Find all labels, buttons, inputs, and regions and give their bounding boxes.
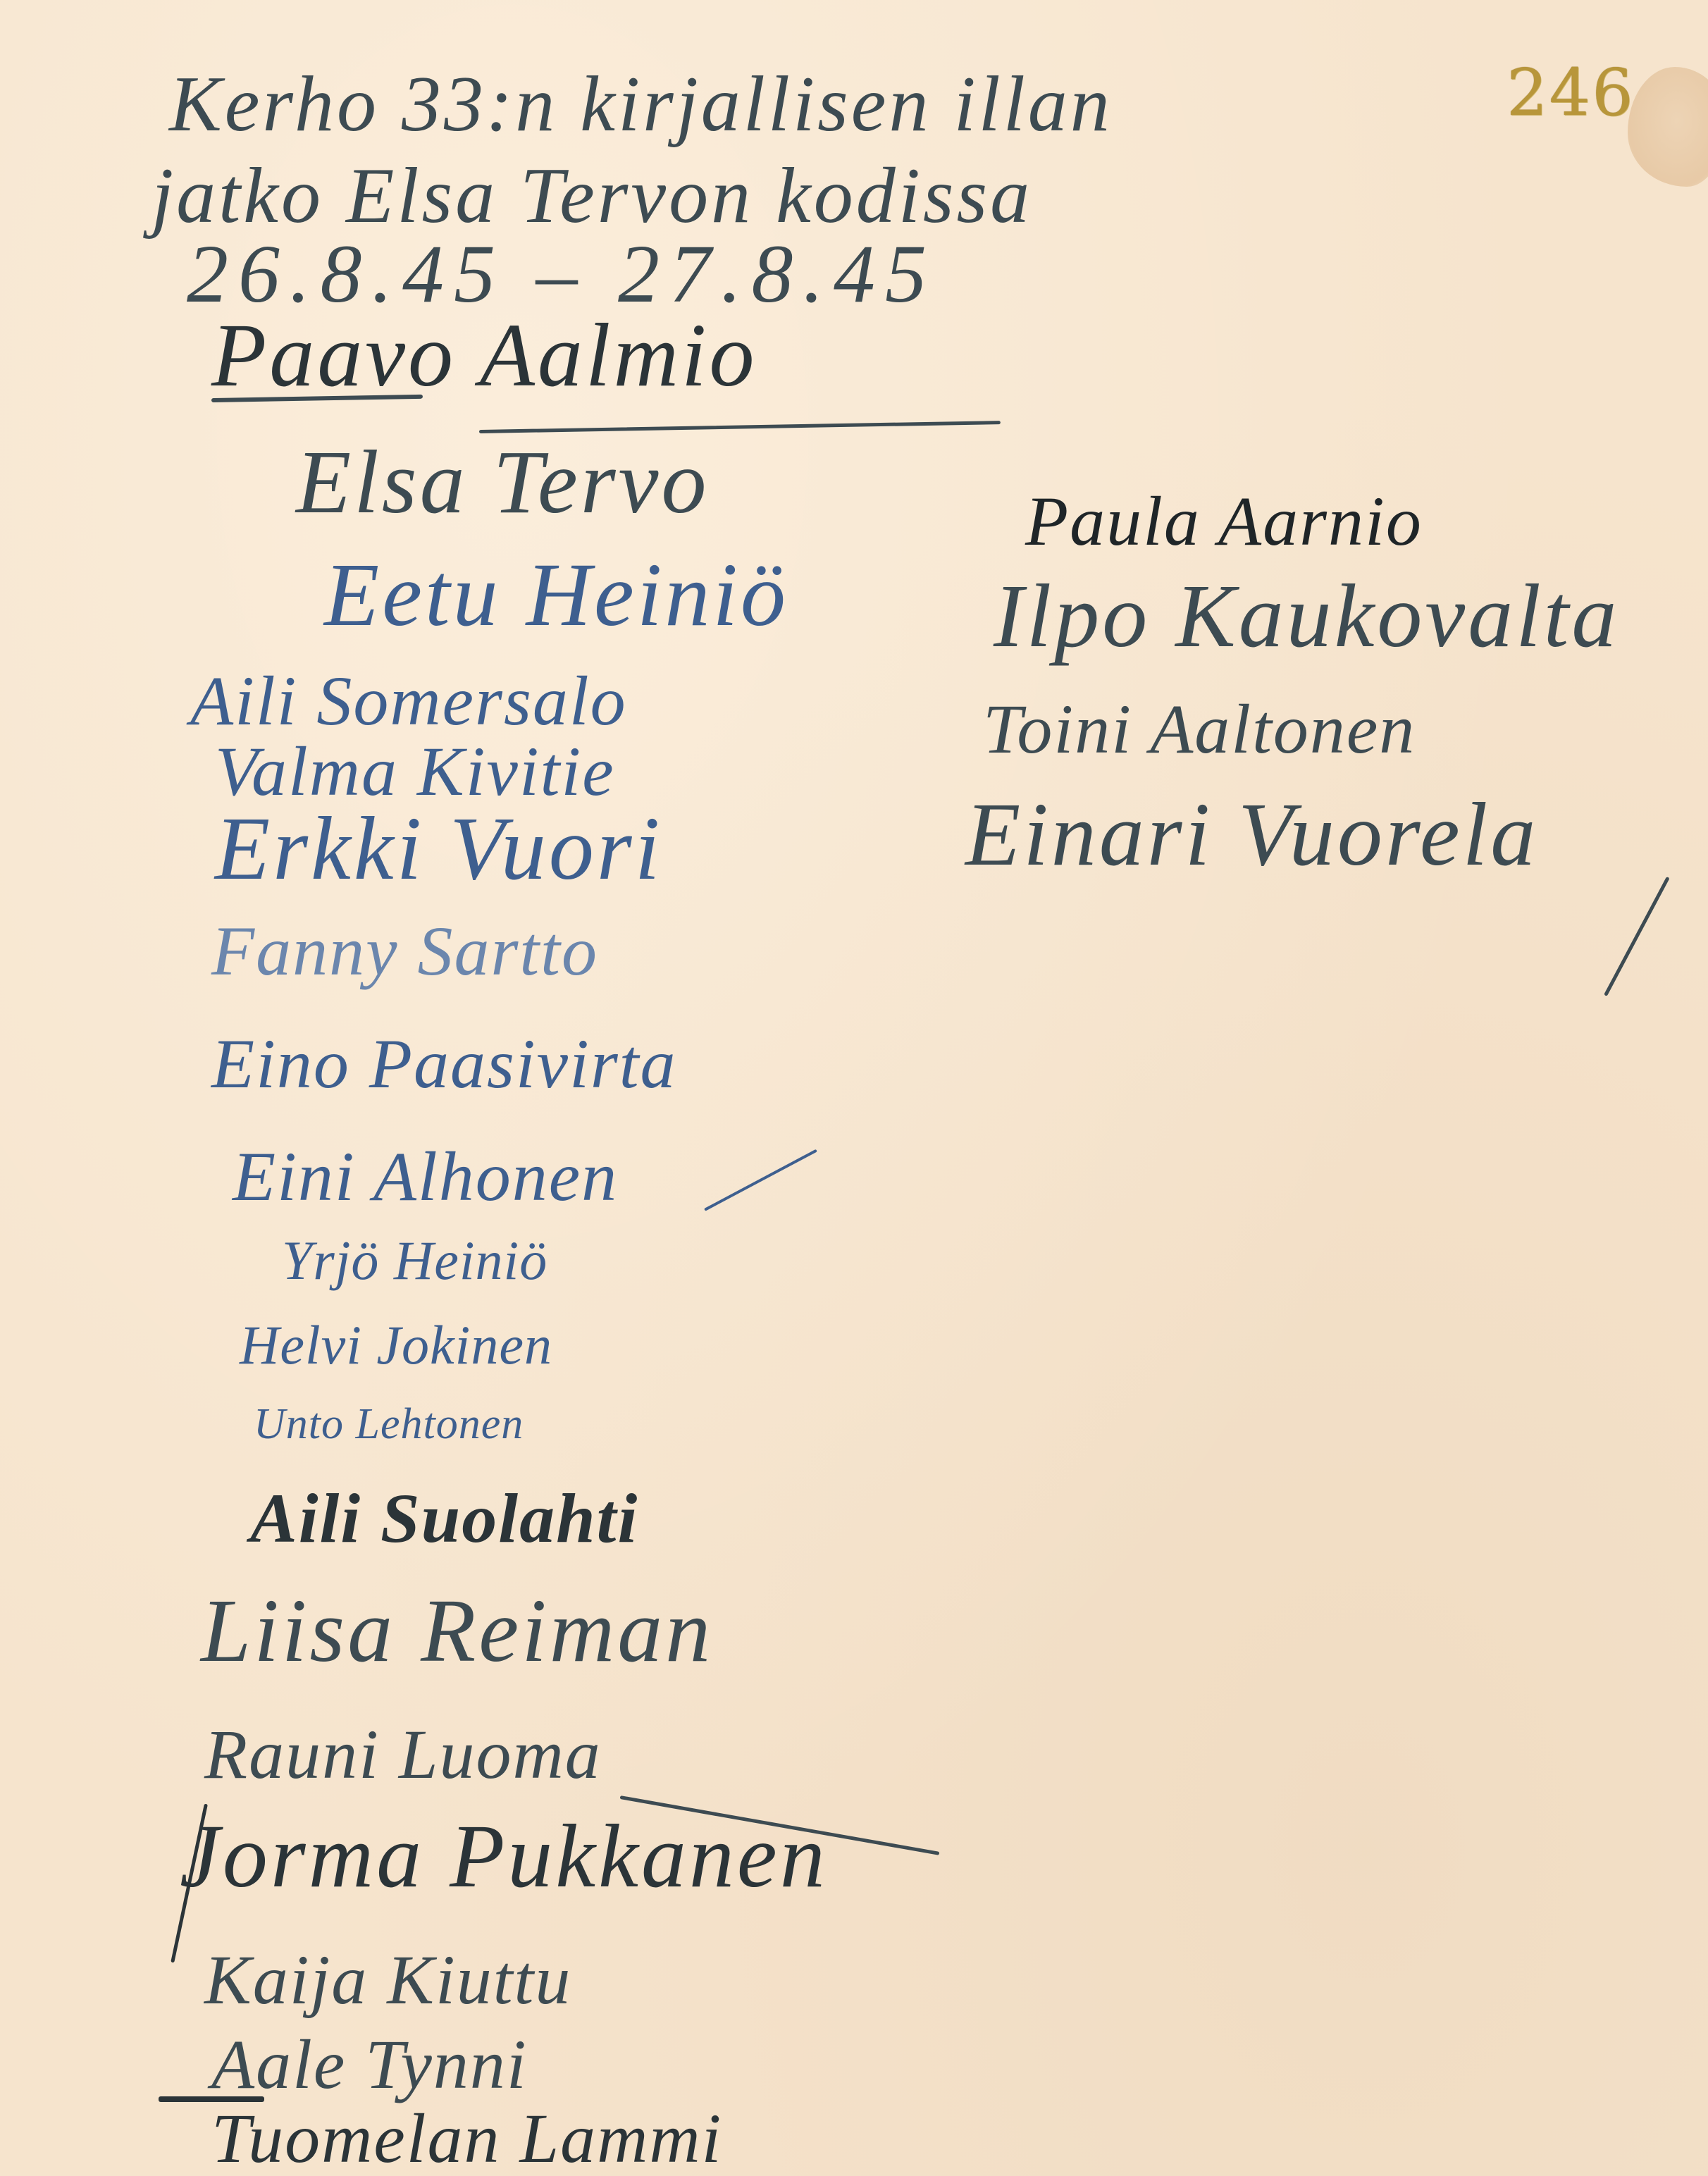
water-stain — [1628, 67, 1708, 187]
signature: Unto Lehtonen — [254, 1402, 524, 1446]
guestbook-page: 246 Kerho 33:n kirjallisen illan jatko E… — [0, 0, 1708, 2176]
signature: Paula Aarnio — [1025, 486, 1423, 557]
signature: Jorma Pukkanen — [180, 1811, 828, 1901]
signature: Elsa Tervo — [296, 437, 709, 527]
signature: Helvi Jokinen — [240, 1318, 552, 1373]
signature: Rauni Luoma — [204, 1719, 602, 1790]
page-number: 246 — [1506, 55, 1635, 130]
signature: Eino Paasivirta — [211, 1029, 677, 1099]
header-dates: 26.8.45 – 27.8.45 — [187, 233, 936, 316]
signature: Valma Kivitie — [215, 736, 615, 807]
signature-stroke — [1604, 877, 1670, 996]
signature: Erkki Vuori — [215, 803, 662, 894]
signature: Aili Somersalo — [190, 666, 627, 736]
signature: Liisa Reiman — [201, 1585, 713, 1676]
signature-flourish — [704, 1149, 817, 1211]
signature: Toini Aaltonen — [983, 694, 1416, 765]
signature: Paavo Aalmio — [211, 310, 757, 400]
signature: Fanny Sartto — [211, 916, 598, 987]
signature: Tuomelan Lammi — [211, 2103, 722, 2174]
signature: Aili Suolahti — [250, 1483, 638, 1554]
signature: Kaija Kiuttu — [204, 1945, 571, 2015]
signature: Yrjö Heiniö — [282, 1233, 547, 1288]
signature: Aale Tynni — [211, 2029, 528, 2100]
signature: Eini Alhonen — [233, 1142, 618, 1212]
signature: Eetu Heiniö — [324, 550, 788, 640]
header-line-2: jatko Elsa Tervon kodissa — [151, 156, 1032, 235]
signature: Einari Vuorela — [965, 789, 1538, 879]
header-line-1: Kerho 33:n kirjallisen illan — [169, 65, 1113, 144]
signature: Ilpo Kaukovalta — [994, 571, 1619, 661]
signature-flourish — [479, 421, 1001, 433]
